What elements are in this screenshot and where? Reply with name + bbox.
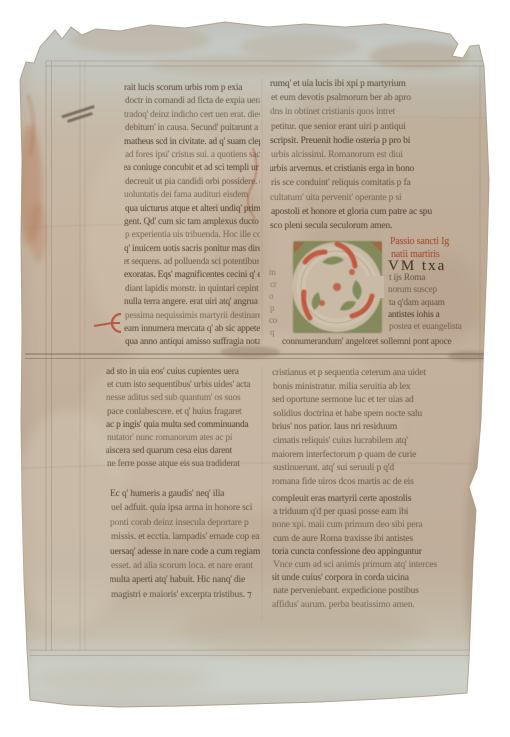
- manuscript-photo: rait lucis scorum urbis rom p exiadoctr …: [0, 0, 510, 737]
- illuminated-initial: [292, 241, 384, 333]
- parchment-leaf: [0, 0, 510, 737]
